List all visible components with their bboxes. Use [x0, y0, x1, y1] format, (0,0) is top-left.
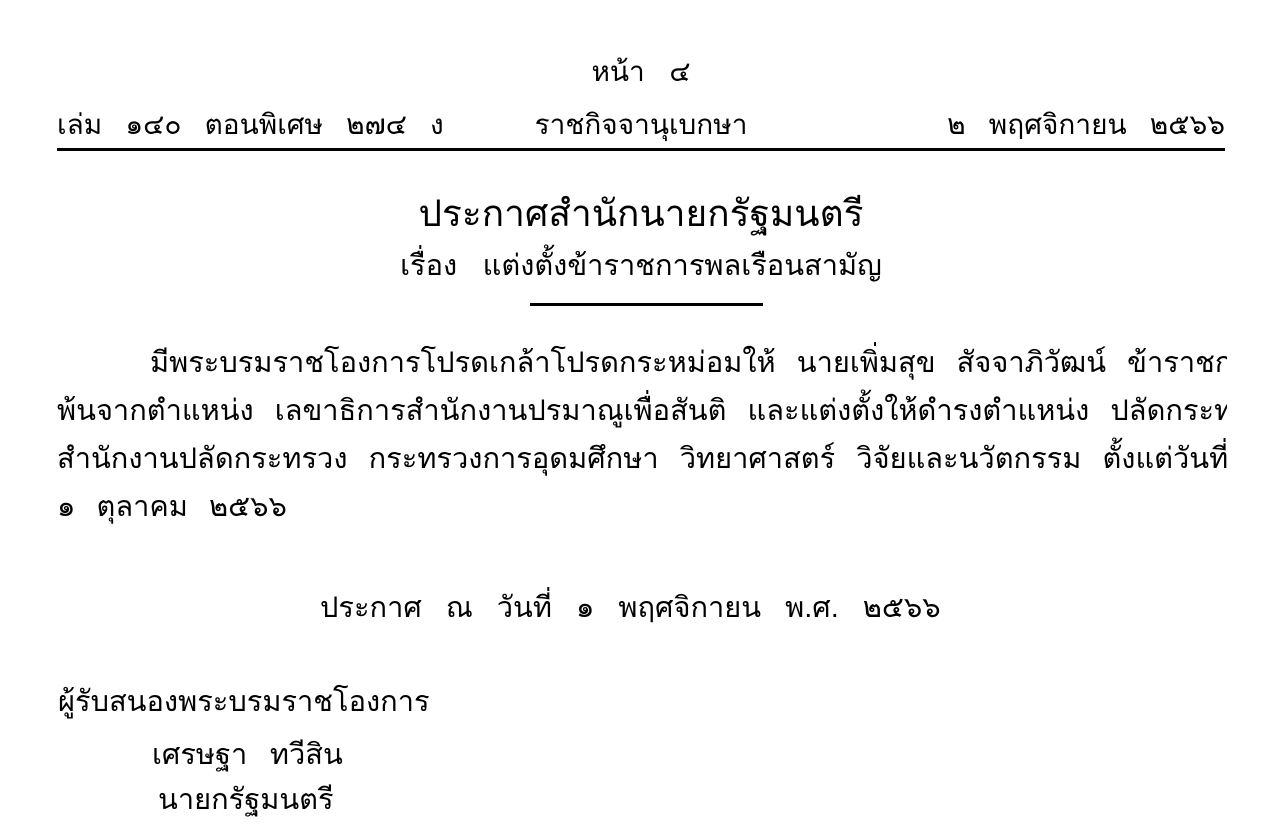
body-line-4: ๑ ตุลาคม ๒๕๖๖ [57, 483, 1227, 531]
body-line-3: สำนักงานปลัดกระทรวง กระทรวงการอุดมศึกษา … [57, 435, 1227, 483]
announcement-body: มีพระบรมราชโองการโปรดเกล้าโปรดกระหม่อมให… [57, 339, 1227, 531]
signer-name: เศรษฐา ทวีสิน [152, 731, 343, 777]
issue-date: ๒ พฤศจิกายน ๒๕๖๖ [947, 103, 1225, 147]
title-divider-rule [530, 303, 763, 306]
signer-title: นายกรัฐมนตรี [158, 776, 334, 822]
body-line-2: พ้นจากตำแหน่ง เลขาธิการสำนักงานปรมาณูเพื… [57, 387, 1227, 435]
gazette-page: หน้า ๔ เล่ม ๑๔๐ ตอนพิเศษ ๒๗๔ ง ราชกิจจาน… [0, 0, 1283, 840]
countersign-label: ผู้รับสนองพระบรมราชโองการ [58, 678, 430, 724]
volume-info: เล่ม ๑๔๐ ตอนพิเศษ ๒๗๔ ง [57, 103, 444, 147]
body-line-1: มีพระบรมราชโองการโปรดเกล้าโปรดกระหม่อมให… [57, 339, 1227, 387]
masthead-rule [57, 148, 1225, 151]
announcement-title: ประกาศสำนักนายกรัฐมนตรี [57, 184, 1225, 243]
announcement-subject: เรื่อง แต่งตั้งข้าราชการพลเรือนสามัญ [57, 242, 1225, 288]
masthead: เล่ม ๑๔๐ ตอนพิเศษ ๒๗๔ ง ราชกิจจานุเบกษา … [57, 103, 1225, 143]
gazette-name: ราชกิจจานุเบกษา [535, 103, 748, 147]
page-number-label: หน้า ๔ [57, 50, 1225, 94]
proclamation-date-line: ประกาศ ณ วันที่ ๑ พฤศจิกายน พ.ศ. ๒๕๖๖ [320, 584, 941, 630]
